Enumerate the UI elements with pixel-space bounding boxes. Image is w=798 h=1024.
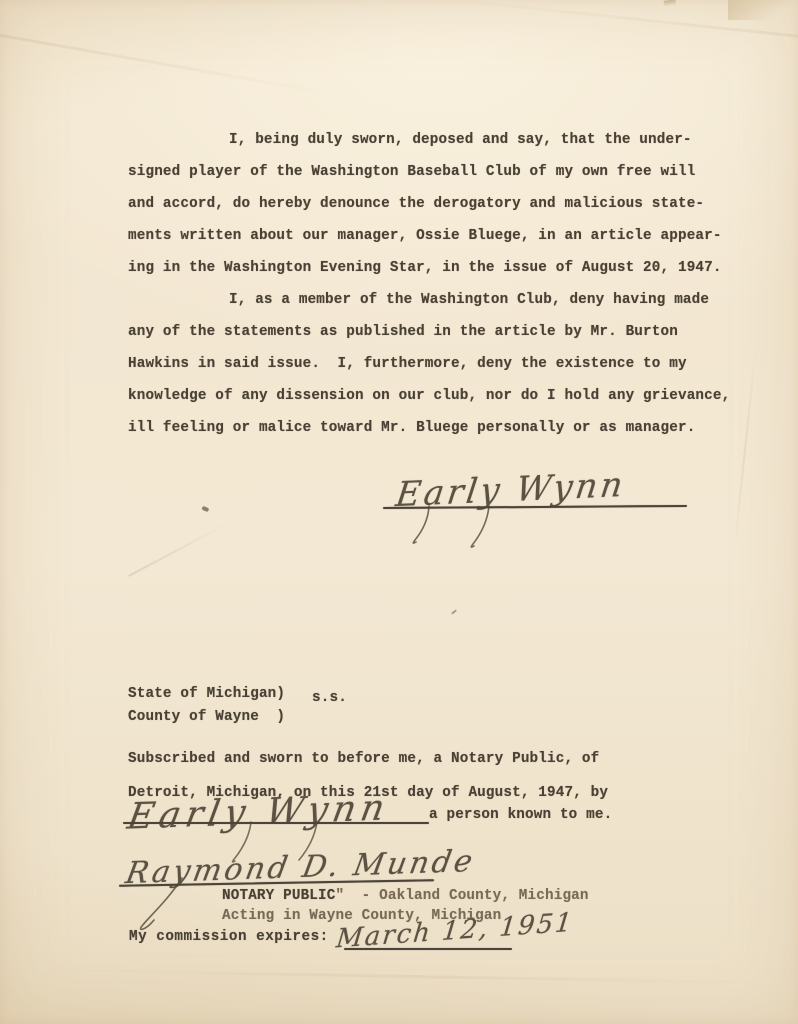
paper-crease (733, 340, 758, 559)
notary-title-line: NOTARY PUBLIC" - Oakland County, Michiga… (222, 886, 589, 904)
venue-block: State of Michigan) County of Wayne ) s.s… (128, 683, 285, 728)
affidavit-body: I, being duly sworn, deposed and say, th… (128, 124, 728, 444)
affidavit-line: I, as a member of the Washington Club, d… (128, 284, 728, 316)
paper-crease (128, 521, 230, 577)
affidavit-line: ing in the Washington Evening Star, in t… (128, 252, 728, 284)
commission-label: My commission expires: (129, 929, 329, 945)
affidavit-line: Hawkins in said issue. I, furthermore, d… (128, 348, 728, 380)
torn-corner (728, 0, 798, 20)
paper-speck (451, 609, 457, 614)
paper-speck (202, 506, 210, 512)
notary-title: NOTARY PUBLIC (222, 888, 335, 904)
venue-ss: s.s. (312, 690, 347, 706)
venue-county: County of Wayne ) (128, 706, 285, 729)
affidavit-line: knowledge of any dissension on our club,… (128, 380, 728, 412)
affidavit-line: signed player of the Washington Baseball… (128, 156, 728, 188)
venue-state: State of Michigan) (128, 683, 285, 706)
affidavit-line: ments written about our manager, Ossie B… (128, 220, 728, 252)
affidavit-line: ill feeling or malice toward Mr. Bluege … (128, 412, 728, 444)
paper-crease (0, 29, 347, 98)
notary-county-text: " - Oakland County, Michigan (335, 888, 588, 904)
jurat-line: Subscribed and sworn to before me, a Not… (128, 743, 608, 777)
affidavit-line: I, being duly sworn, deposed and say, th… (128, 124, 728, 156)
paper-edge-notch (664, 0, 677, 7)
paper-crease (60, 969, 760, 984)
affidavit-scan: I, being duly sworn, deposed and say, th… (0, 0, 798, 1024)
signature-line (123, 822, 429, 824)
known-to-me-text: a person known to me. (429, 807, 612, 823)
affidavit-line: and accord, do hereby denounce the derog… (128, 188, 728, 220)
signature-descender-tails (405, 506, 505, 551)
affidavit-line: any of the statements as published in th… (128, 316, 728, 348)
